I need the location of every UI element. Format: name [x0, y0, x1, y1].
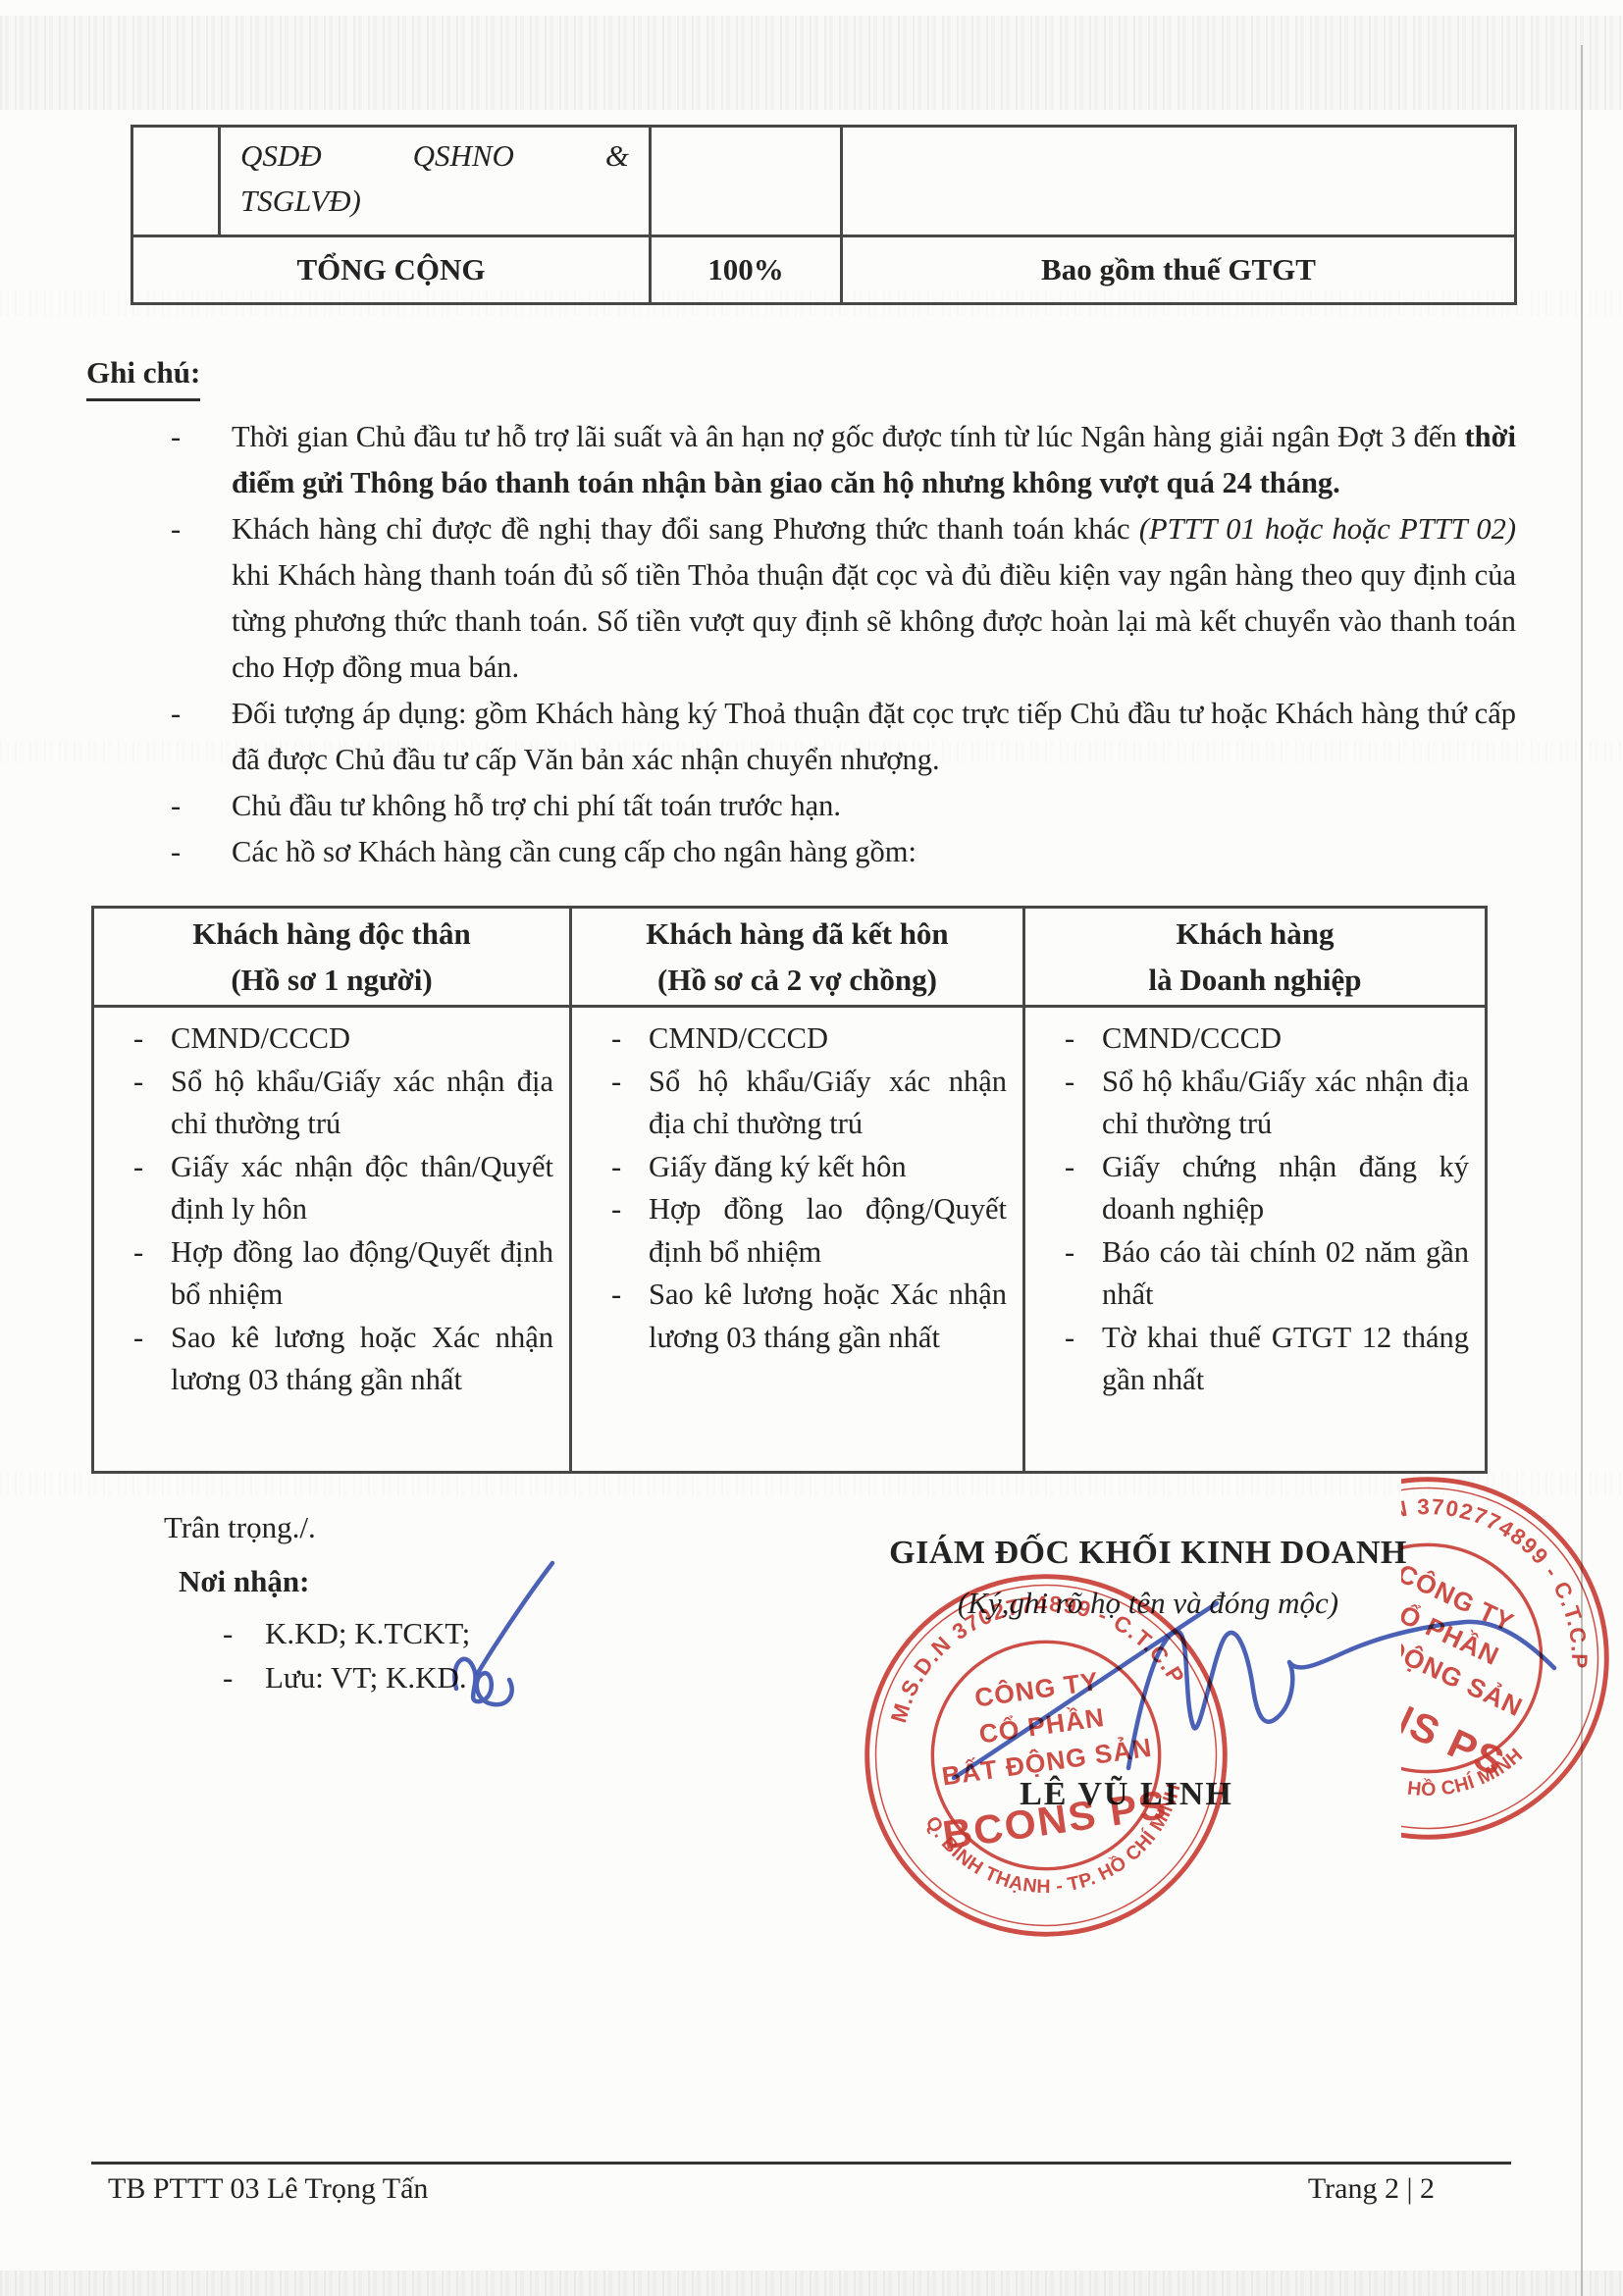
note-item: - Chủ đầu tư không hỗ trợ chi phí tất to… [86, 783, 1516, 829]
dash-marker: - [1065, 1146, 1102, 1231]
empty-cell [132, 127, 220, 236]
recipients-label: Nơi nhận: [179, 1559, 470, 1603]
doc-text: Sao kê lương hoặc Xác nhận lương 03 thán… [171, 1317, 569, 1402]
note-item: - Đối tượng áp dụng: gồm Khách hàng ký T… [86, 691, 1516, 783]
recipient-item: - K.KD; K.TCKT; [164, 1611, 470, 1655]
note-item: - Khách hàng chỉ được đề nghị thay đổi s… [86, 506, 1516, 691]
footer-page-number: Trang 2 | 2 [1178, 2172, 1435, 2206]
dash-marker: - [133, 1146, 171, 1231]
dash-marker: - [171, 691, 232, 783]
scan-noise-band [0, 2270, 1623, 2296]
doc-item: -Tờ khai thuế GTGT 12 tháng gần nhất [1025, 1317, 1485, 1402]
doc-item: -Giấy đăng ký kết hôn [572, 1146, 1022, 1189]
dash-marker: - [133, 1018, 171, 1061]
notes-heading: Ghi chú: [86, 349, 200, 401]
dash-marker: - [223, 1611, 265, 1655]
doc-item: -Sao kê lương hoặc Xác nhận lương 03 thá… [572, 1274, 1022, 1359]
carryover-cell: QSDĐ QSHNO & TSGLVĐ) [220, 127, 651, 236]
doc-text: Sao kê lương hoặc Xác nhận lương 03 thán… [649, 1274, 1022, 1359]
doc-item: -CMND/CCCD [1025, 1018, 1485, 1061]
doc-text: Tờ khai thuế GTGT 12 tháng gần nhất [1102, 1317, 1485, 1402]
doc-text: CMND/CCCD [649, 1018, 1022, 1061]
scanned-document-page: QSDĐ QSHNO & TSGLVĐ) TỔNG CỘNG 100% Bao … [0, 0, 1623, 2296]
closing-left-block: Trân trọng./. Nơi nhận: - K.KD; K.TCKT; … [164, 1505, 470, 1699]
doc-text: CMND/CCCD [1102, 1018, 1485, 1061]
recipient-item: - Lưu: VT; K.KD. [164, 1655, 470, 1699]
doc-text: CMND/CCCD [171, 1018, 569, 1061]
column-header-single: Khách hàng độc thân (Hồ sơ 1 người) [93, 908, 571, 1007]
total-note-cell: Bao gồm thuế GTGT [842, 236, 1516, 304]
doc-text: Sổ hộ khẩu/Giấy xác nhận địa chỉ thường … [649, 1061, 1022, 1146]
doc-text: Báo cáo tài chính 02 năm gần nhất [1102, 1231, 1485, 1317]
dash-marker: - [133, 1231, 171, 1317]
initial-signature-icon [437, 1555, 564, 1722]
note-text: Khách hàng chỉ được đề nghị thay đổi san… [232, 512, 1139, 546]
doc-text: Hợp đồng lao động/Quyết định bổ nhiệm [171, 1231, 569, 1317]
director-signature-icon [834, 1531, 1580, 1864]
doc-item: -Sổ hộ khẩu/Giấy xác nhận địa chỉ thường… [572, 1061, 1022, 1146]
documents-cell-business: -CMND/CCCD -Sổ hộ khẩu/Giấy xác nhận địa… [1024, 1007, 1487, 1473]
dash-marker: - [223, 1655, 265, 1699]
regards-text: Trân trọng./. [164, 1505, 470, 1549]
doc-text: Giấy xác nhận độc thân/Quyết định ly hôn [171, 1146, 569, 1231]
doc-item: -Giấy xác nhận độc thân/Quyết định ly hô… [94, 1146, 569, 1231]
dash-marker: - [171, 829, 232, 875]
notes-list: - Thời gian Chủ đầu tư hỗ trợ lãi suất v… [86, 414, 1516, 875]
dash-marker: - [1065, 1317, 1102, 1402]
dash-marker: - [171, 414, 232, 506]
dash-marker: - [133, 1317, 171, 1402]
note-text: Đối tượng áp dụng: gồm Khách hàng ký Tho… [232, 697, 1516, 776]
scan-noise-band [0, 16, 1623, 110]
doc-item: -Sao kê lương hoặc Xác nhận lương 03 thá… [94, 1317, 569, 1402]
footer-document-code: TB PTTT 03 Lê Trọng Tấn [108, 2172, 428, 2206]
footer-rule [91, 2162, 1511, 2165]
header-line: Khách hàng đã kết hôn [580, 911, 1015, 957]
note-text: Các hồ sơ Khách hàng cần cung cấp cho ng… [232, 835, 916, 868]
dash-marker: - [611, 1274, 649, 1359]
dash-marker: - [1065, 1231, 1102, 1317]
dash-marker: - [171, 783, 232, 829]
dash-marker: - [1065, 1018, 1102, 1061]
documents-cell-single: -CMND/CCCD -Sổ hộ khẩu/Giấy xác nhận địa… [93, 1007, 571, 1473]
documents-cell-married: -CMND/CCCD -Sổ hộ khẩu/Giấy xác nhận địa… [571, 1007, 1024, 1473]
total-percent-cell: 100% [651, 236, 842, 304]
column-header-business: Khách hàng là Doanh nghiệp [1024, 908, 1487, 1007]
carryover-line2: TSGLVĐ) [240, 179, 629, 224]
header-line: Khách hàng [1033, 911, 1477, 957]
paper-edge-line [1581, 45, 1583, 2296]
header-line: là Doanh nghiệp [1033, 957, 1477, 1003]
dash-marker: - [133, 1061, 171, 1146]
doc-text: Sổ hộ khẩu/Giấy xác nhận địa chỉ thường … [1102, 1061, 1485, 1146]
doc-item: -CMND/CCCD [94, 1018, 569, 1061]
dash-marker: - [171, 506, 232, 691]
empty-cell [842, 127, 1516, 236]
dash-marker: - [1065, 1061, 1102, 1146]
scan-noise-band [0, 1472, 1623, 1495]
note-item: - Các hồ sơ Khách hàng cần cung cấp cho … [86, 829, 1516, 875]
total-label-cell: TỔNG CỘNG [132, 236, 651, 304]
payment-schedule-table-fragment: QSDĐ QSHNO & TSGLVĐ) TỔNG CỘNG 100% Bao … [131, 125, 1517, 305]
note-text: Thời gian Chủ đầu tư hỗ trợ lãi suất và … [232, 420, 1465, 453]
doc-item: -Hợp đồng lao động/Quyết định bổ nhiệm [572, 1188, 1022, 1274]
doc-item: -Sổ hộ khẩu/Giấy xác nhận địa chỉ thường… [1025, 1061, 1485, 1146]
header-line: (Hồ sơ cả 2 vợ chồng) [580, 957, 1015, 1003]
required-documents-table: Khách hàng độc thân (Hồ sơ 1 người) Khác… [91, 906, 1488, 1474]
dash-marker: - [611, 1061, 649, 1146]
doc-item: -Sổ hộ khẩu/Giấy xác nhận địa chỉ thường… [94, 1061, 569, 1146]
carryover-line1: QSDĐ QSHNO & [240, 133, 629, 179]
doc-text: Sổ hộ khẩu/Giấy xác nhận địa chỉ thường … [171, 1061, 569, 1146]
dash-marker: - [611, 1018, 649, 1061]
doc-text: Giấy đăng ký kết hôn [649, 1146, 1022, 1189]
doc-text: Giấy chứng nhận đăng ký doanh nghiệp [1102, 1146, 1485, 1231]
dash-marker: - [611, 1146, 649, 1189]
header-line: (Hồ sơ 1 người) [102, 957, 561, 1003]
note-item: - Thời gian Chủ đầu tư hỗ trợ lãi suất v… [86, 414, 1516, 506]
doc-text: Hợp đồng lao động/Quyết định bổ nhiệm [649, 1188, 1022, 1274]
note-text-italic: (PTTT 01 hoặc hoặc PTTT 02) [1139, 512, 1516, 546]
doc-item: -CMND/CCCD [572, 1018, 1022, 1061]
header-line: Khách hàng độc thân [102, 911, 561, 957]
doc-item: -Báo cáo tài chính 02 năm gần nhất [1025, 1231, 1485, 1317]
column-header-married: Khách hàng đã kết hôn (Hồ sơ cả 2 vợ chồ… [571, 908, 1024, 1007]
doc-item: -Hợp đồng lao động/Quyết định bổ nhiệm [94, 1231, 569, 1317]
empty-cell [651, 127, 842, 236]
doc-item: -Giấy chứng nhận đăng ký doanh nghiệp [1025, 1146, 1485, 1231]
dash-marker: - [611, 1188, 649, 1274]
note-text: Chủ đầu tư không hỗ trợ chi phí tất toán… [232, 789, 841, 822]
note-text: khi Khách hàng thanh toán đủ số tiền Thỏ… [232, 558, 1516, 684]
notes-section: Ghi chú: - Thời gian Chủ đầu tư hỗ trợ l… [86, 349, 1516, 875]
